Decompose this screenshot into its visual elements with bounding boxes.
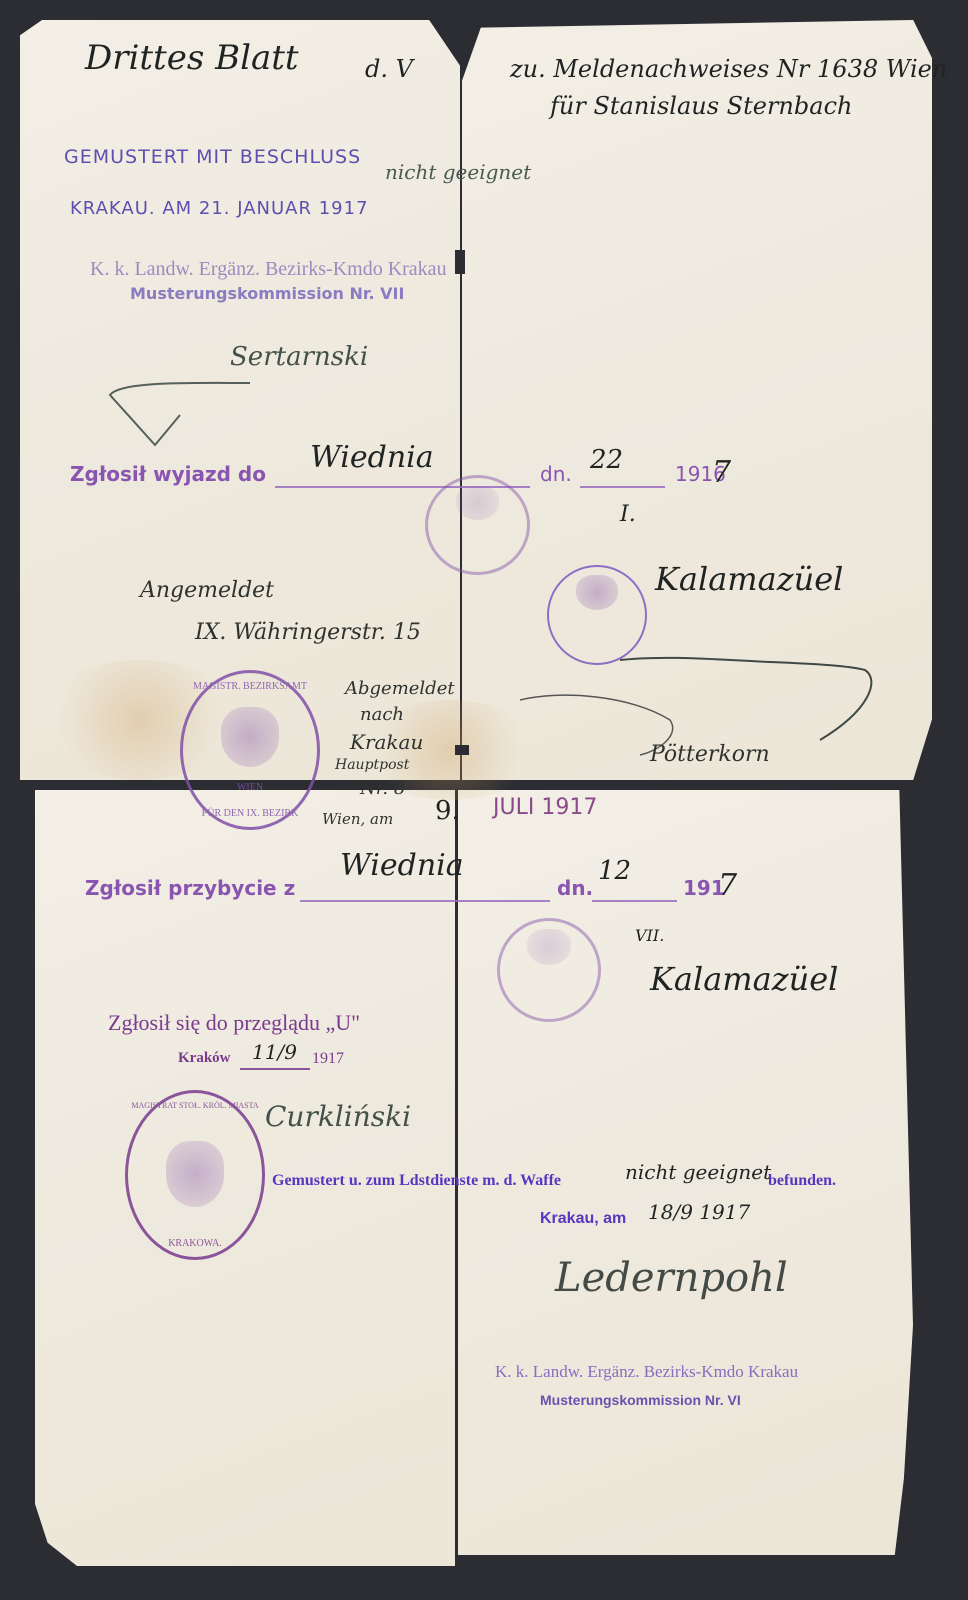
review-year: 1917 [312, 1050, 344, 1068]
deregistration-text-5: Nr. 8 [360, 778, 405, 799]
departure-month: I. [620, 502, 636, 527]
stamp-gemustert-2-suffix: befunden. [768, 1172, 836, 1190]
stamp2-signature: Ledernpohl [555, 1255, 788, 1301]
arrival-month: VII. [635, 926, 664, 945]
crest-icon [456, 486, 500, 520]
stamp2-handwritten: nicht geeignet [625, 1160, 771, 1184]
seal-vienna-bezirksamt-oval: MAGISTR. BEZIRKSAMT WIEN FÜR DEN IX. BEZ… [180, 670, 320, 830]
stamp-krakau-am: Krakau, am [540, 1210, 626, 1228]
deregistration-text-3: Krakau [350, 730, 423, 754]
stamp2-date: 18/9 1917 [648, 1200, 750, 1224]
review-date-line [240, 1068, 310, 1070]
registration-text-2: IX. Währingerstr. 15 [195, 620, 421, 645]
seal-text-top: MAGISTR. BEZIRKSAMT [193, 681, 307, 692]
departure-day: 22 [590, 445, 623, 475]
stamp-gemustert: GEMUSTERT MIT BESCHLUSS [64, 146, 361, 168]
signature-1: Sertarnski [230, 342, 368, 372]
header-mid: d. V [365, 55, 413, 83]
stamp-authority-1: K. k. Landw. Ergänz. Bezirks-Kmdo Krakau [90, 258, 447, 281]
header-right: zu. Meldenachweises Nr 1638 Wien [510, 55, 947, 83]
deregistration-text-6: Wien, am [322, 810, 393, 828]
review-label: Zgłosił się do przeglądu „U" [108, 1010, 360, 1036]
seal-krakow-arrival [497, 918, 601, 1022]
departure-label: Zgłosił wyjazd do [70, 462, 266, 486]
arrival-signature: Kalamazüel [650, 960, 838, 998]
stamp-gemustert-2-prefix: Gemustert u. zum Ldstdienste m. d. Waffe [272, 1172, 561, 1190]
stamp-commission-2: Musterungskommission Nr. VI [540, 1392, 741, 1408]
eagle-icon [576, 575, 618, 610]
arrival-day: 12 [598, 856, 631, 886]
deregistration-day: 9. [435, 796, 460, 826]
stamp-authority-2: K. k. Landw. Ergänz. Bezirks-Kmdo Krakau [495, 1362, 798, 1382]
seal-text-bottom: KRAKOWA. [168, 1238, 222, 1249]
seal-krakow-magistrat: MAGISTRAT STOŁ. KRÓL. MIASTA KRAKOWA. [125, 1090, 265, 1260]
departure-date-label: dn. [540, 462, 572, 486]
departure-destination: Wiednia [310, 440, 434, 475]
stamp1-handwritten: nicht geeignet [385, 160, 531, 184]
seal-text-top: MAGISTRAT STOŁ. KRÓL. MIASTA [131, 1101, 258, 1110]
deregistration-date-stamp: JULI 1917 [493, 795, 597, 820]
stamp-commission-1: Musterungskommission Nr. VII [130, 284, 404, 303]
tear [455, 745, 469, 755]
seal-krakow-departure [425, 475, 530, 575]
date-line [592, 900, 677, 902]
crest-icon [166, 1141, 225, 1206]
seal-text-bottom: FÜR DEN IX. BEZIRK [202, 808, 299, 819]
deregistration-text-1: Abgemeldet [345, 678, 455, 699]
crest-icon [527, 929, 570, 965]
review-signature: Curkliński [265, 1100, 411, 1133]
registration-text-1: Angemeldet [140, 578, 274, 603]
deregistration-text-2: nach [360, 704, 404, 725]
stamp-krakau-date: KRAKAU. AM 21. JANUAR 1917 [70, 198, 369, 219]
arrival-label: Zgłosił przybycie z [85, 876, 295, 900]
header-left: Drittes Blatt [85, 38, 299, 78]
arrival-year-handwritten: 7 [718, 868, 737, 903]
review-date: 11/9 [252, 1040, 297, 1064]
arrival-origin: Wiednia [340, 848, 464, 883]
eagle-icon [221, 707, 280, 768]
departure-signature: Kalamazüel [655, 560, 843, 598]
header-line2: für Stanislaus Sternbach [550, 92, 852, 120]
departure-year-correction: 7 [712, 455, 731, 490]
signature-flourish [100, 375, 260, 455]
arrival-date-label: dn. [557, 876, 593, 900]
review-place: Kraków [178, 1050, 231, 1067]
origin-line [300, 900, 550, 902]
tear [455, 250, 465, 274]
date-line [580, 486, 665, 488]
deregistration-text-4: Hauptpost [335, 757, 409, 773]
seal-text-city: WIEN [237, 782, 263, 793]
deregistration-signature: Pötterkorn [650, 742, 770, 767]
